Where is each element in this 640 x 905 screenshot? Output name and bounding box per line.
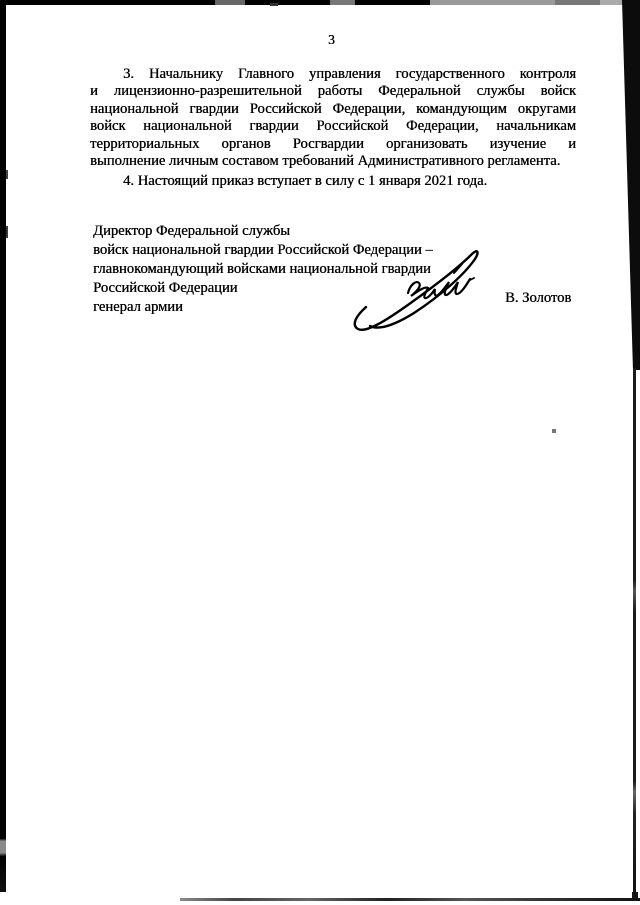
scan-speck [6,226,8,238]
handwritten-signature-icon [350,245,490,339]
paragraph-3-line: национальной гвардии Российской Федераци… [90,101,576,118]
signer-name: В. Золотов [505,290,571,307]
scan-border-right-thin [633,368,636,898]
scan-speck [6,170,8,179]
page-number: 3 [328,32,335,48]
scan-border-bottom [180,898,640,901]
document-body: 3. Начальнику Главного управления госуда… [90,66,576,191]
paragraph-3-line: войск национальной гвардии Российской Фе… [90,118,576,135]
paragraph-3-line: выполнение личным составом требований Ад… [90,153,576,170]
scan-speck [270,3,278,6]
scan-border-top [0,0,640,5]
paragraph-4: 4. Настоящий приказ вступает в силу с 1 … [90,173,576,190]
scan-border-right [622,0,640,370]
signature-block-line: Директор Федеральной службы [93,222,513,241]
scan-border-left [0,0,6,892]
paragraph-3-line: территориальных органов Росгвардии орган… [90,136,576,153]
scan-speck [552,429,556,433]
paragraph-3-line: 3. Начальнику Главного управления госуда… [90,66,576,83]
document-page: 3 3. Начальнику Главного управления госу… [0,0,640,905]
paragraph-3-line: и лицензионно-разрешительной работы Феде… [90,83,576,100]
